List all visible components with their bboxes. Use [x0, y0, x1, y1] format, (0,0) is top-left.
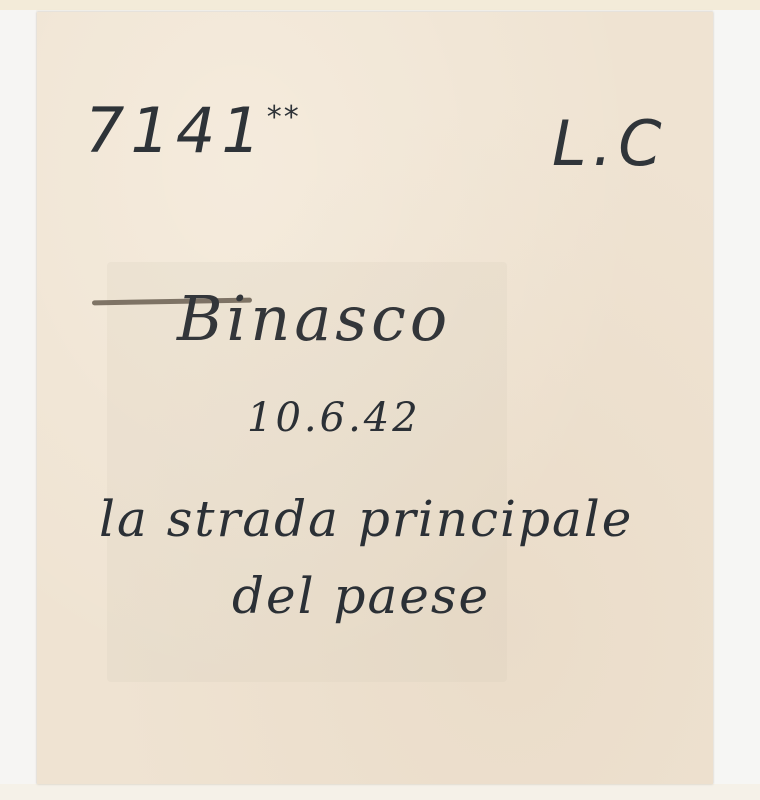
mount-top-edge [0, 0, 760, 10]
catalog-marks: ** [267, 100, 301, 135]
author-initials: L.C [552, 107, 668, 180]
caption-line-1: la strada principale [99, 490, 633, 548]
mount-right-edge [713, 10, 760, 800]
photo-back-card: 7141** L.C Binasco 10.6.42 la strada pri… [37, 12, 713, 784]
place-name: Binasco [177, 282, 451, 355]
mount-bottom-edge [0, 784, 760, 800]
caption-line-2: del paese [232, 567, 490, 625]
catalog-number: 7141** [85, 94, 301, 167]
date: 10.6.42 [247, 395, 421, 441]
mount-left-edge [0, 10, 36, 800]
catalog-number-value: 7141 [85, 94, 267, 167]
